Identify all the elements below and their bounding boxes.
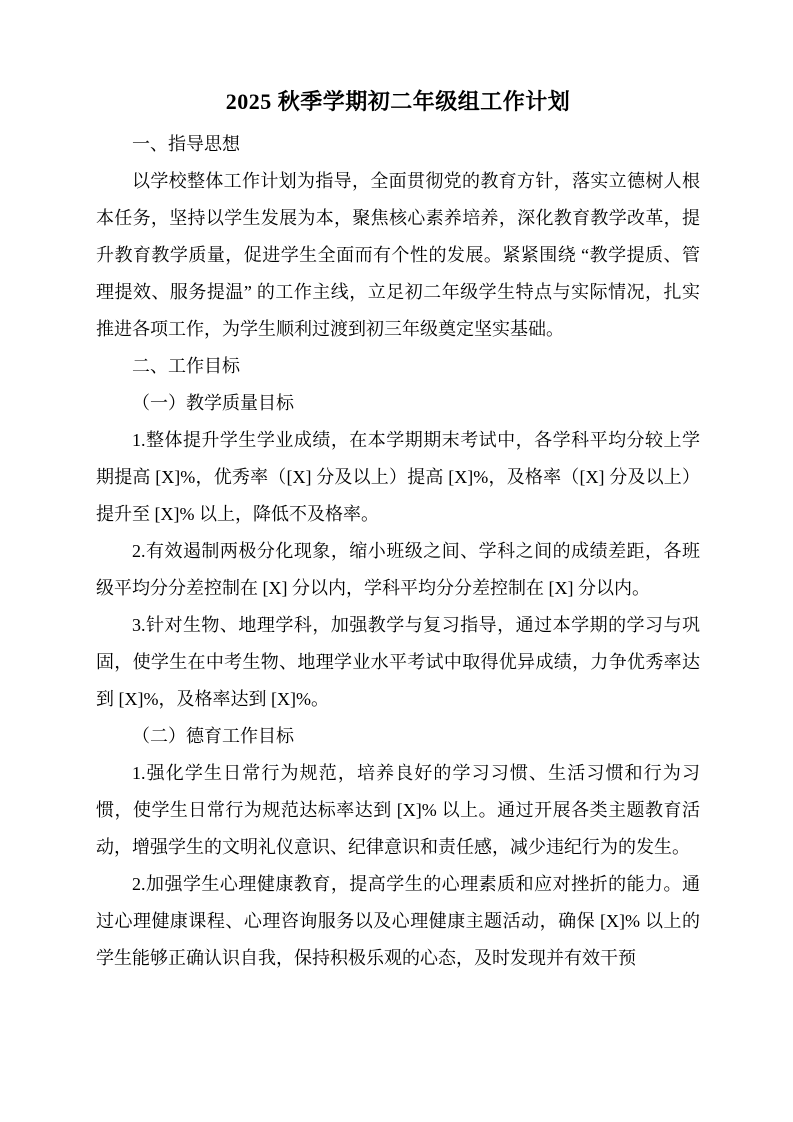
section-heading-guiding-ideology: 一、指导思想 (96, 126, 700, 163)
paragraph-guiding-ideology-body: 以学校整体工作计划为指导，全面贯彻党的教育方针，落实立德树人根本任务，坚持以学生… (96, 163, 700, 348)
paragraph-teaching-goal-2: 2.有效遏制两极分化现象，缩小班级之间、学科之间的成绩差距，各班级平均分分差控制… (96, 533, 700, 607)
sub-heading-teaching-quality-goals: （一）教学质量目标 (96, 385, 700, 422)
section-heading-work-goals: 二、工作目标 (96, 348, 700, 385)
paragraph-moral-goal-2: 2.加强学生心理健康教育，提高学生的心理素质和应对挫折的能力。通过心理健康课程、… (96, 866, 700, 977)
paragraph-moral-goal-1: 1.强化学生日常行为规范，培养良好的学习习惯、生活习惯和行为习惯，使学生日常行为… (96, 755, 700, 866)
document-title: 2025 秋季学期初二年级组工作计划 (96, 84, 700, 120)
document-page: 2025 秋季学期初二年级组工作计划 一、指导思想 以学校整体工作计划为指导，全… (0, 0, 793, 1122)
sub-heading-moral-education-goals: （二）德育工作目标 (96, 718, 700, 755)
paragraph-teaching-goal-3: 3.针对生物、地理学科，加强教学与复习指导，通过本学期的学习与巩固，使学生在中考… (96, 607, 700, 718)
paragraph-teaching-goal-1: 1.整体提升学生学业成绩，在本学期期末考试中，各学科平均分较上学期提高 [X]%… (96, 422, 700, 533)
